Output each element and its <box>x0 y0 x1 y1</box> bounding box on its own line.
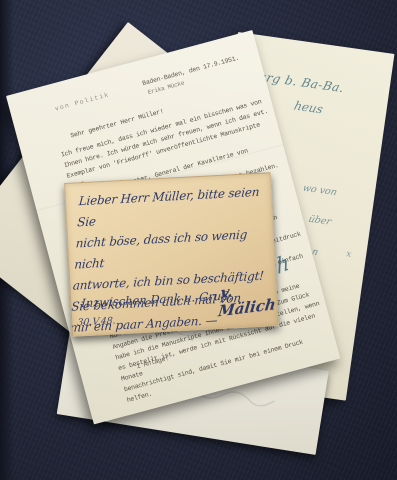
note-card: Lieber Herr Müller, bitte seien Sie nich… <box>64 172 279 337</box>
note-card-date: 30.V.48. <box>77 315 116 328</box>
handwriting-fragment: wo von <box>301 183 338 198</box>
letter-stamp-line: von Politik <box>54 91 110 112</box>
photo-of-letters: nburg b. Ba-Ba. heus wo von über ohn x v… <box>0 0 397 480</box>
handwriting-fragment: über <box>307 214 333 228</box>
handwritten-heading-line2: heus <box>292 99 324 117</box>
ink-mark: x <box>345 249 351 260</box>
note-card-signature: v. Mälich <box>217 277 279 321</box>
